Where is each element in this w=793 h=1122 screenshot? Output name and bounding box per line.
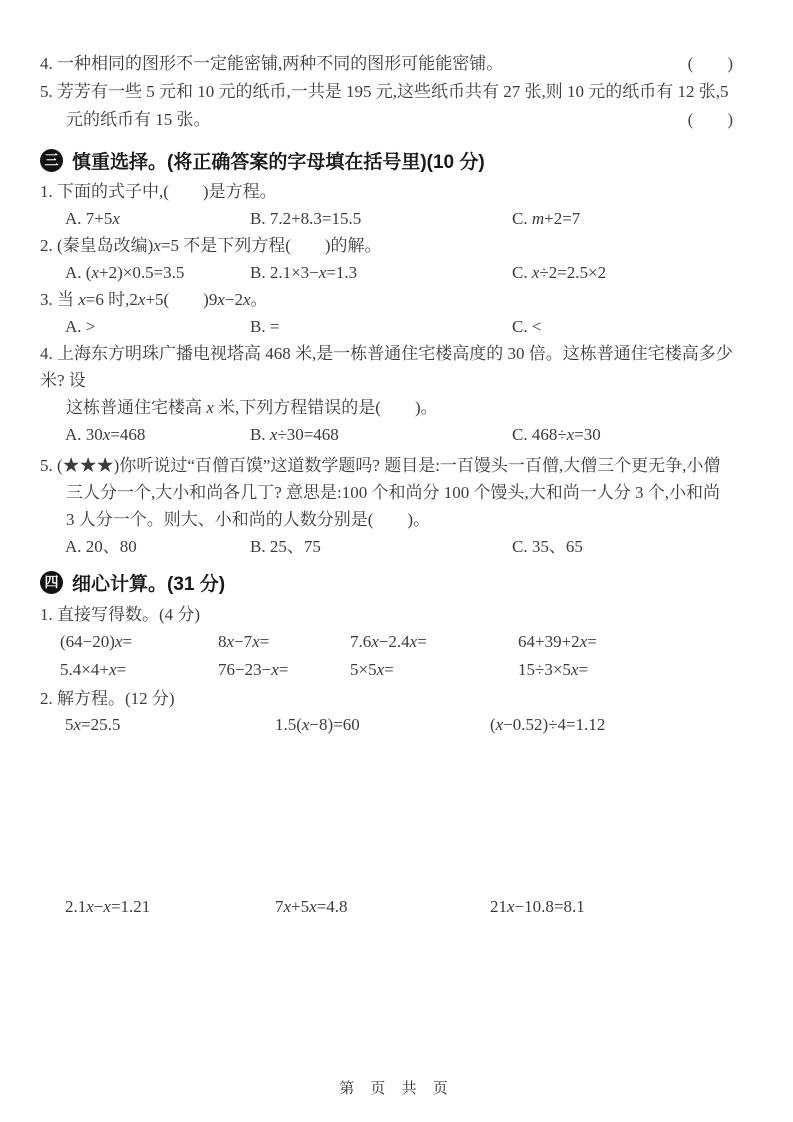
calc-expression: 15÷3×5x= <box>518 656 757 684</box>
question-4-options: A. 30x=468 B. x÷30=468 C. 468÷x=30 <box>40 421 757 448</box>
option-a: A. (x+2)×0.5=3.5 <box>65 259 250 286</box>
answer-bracket: ( ) <box>688 106 733 134</box>
question-5-options: A. 20、80 B. 25、75 C. 35、65 <box>40 533 757 560</box>
calc-expression: 5×5x= <box>350 656 518 684</box>
section-header-calc: 四 细心计算。(31 分) <box>40 568 757 596</box>
calc-expression: 8x−7x= <box>218 628 350 656</box>
equation: 1.5(x−8)=60 <box>275 712 490 738</box>
question-5-stem-line1: 5. (★★★)你听说过“百僧百馍”这道数学题吗? 题目是:一百馒头一百僧,大僧… <box>40 452 757 479</box>
question-3-stem: 3. 当 x=6 时,2x+5( )9x−2x。 <box>40 286 757 313</box>
calc-expression: 7.6x−2.4x= <box>350 628 518 656</box>
tf-item-4-text: 4. 一种相同的图形不一定能密铺,两种不同的图形可能能密铺。 <box>40 50 688 78</box>
option-a: A. 20、80 <box>65 533 250 560</box>
tf-item-5-line1: 5. 芳芳有一些 5 元和 10 元的纸币,一共是 195 元,这些纸币共有 2… <box>40 78 757 106</box>
equation-row-2: 2.1x−x=1.21 7x+5x=4.8 21x−10.8=8.1 <box>40 894 757 920</box>
question-4-stem-line1: 4. 上海东方明珠广播电视塔高 468 米,是一栋普通住宅楼高度的 30 倍。这… <box>40 340 757 394</box>
tf-item-5-line2: 元的纸币有 15 张。 <box>40 106 688 134</box>
equation-row-1: 5x=25.5 1.5(x−8)=60 (x−0.52)÷4=1.12 <box>40 712 757 738</box>
section-number-icon: 四 <box>40 571 63 594</box>
calc-row-1: (64−20)x= 8x−7x= 7.6x−2.4x= 64+39+2x= <box>40 628 757 656</box>
option-c: C. 468÷x=30 <box>512 421 757 448</box>
tf-item-5: 5. 芳芳有一些 5 元和 10 元的纸币,一共是 195 元,这些纸币共有 2… <box>40 78 757 134</box>
tf-item-4: 4. 一种相同的图形不一定能密铺,两种不同的图形可能能密铺。 ( ) <box>40 50 757 78</box>
option-b: B. 25、75 <box>250 533 512 560</box>
option-c: C. 35、65 <box>512 533 757 560</box>
worksheet-page: 4. 一种相同的图形不一定能密铺,两种不同的图形可能能密铺。 ( ) 5. 芳芳… <box>0 0 793 1122</box>
equation: 7x+5x=4.8 <box>275 894 490 920</box>
question-1-options: A. 7+5x B. 7.2+8.3=15.5 C. m+2=7 <box>40 205 757 232</box>
question-3-options: A. > B. = C. < <box>40 313 757 340</box>
worksheet-content: 4. 一种相同的图形不一定能密铺,两种不同的图形可能能密铺。 ( ) 5. 芳芳… <box>0 0 793 920</box>
option-c: C. x÷2=2.5×2 <box>512 259 757 286</box>
calc-subsection-2: 2. 解方程。(12 分) <box>40 686 757 712</box>
section-title-choice: 慎重选择。(将正确答案的字母填在括号里)(10 分) <box>72 147 485 174</box>
section-header-choice: 三 慎重选择。(将正确答案的字母填在括号里)(10 分) <box>40 146 757 174</box>
question-2-stem: 2. (秦皇岛改编)x=5 不是下列方程( )的解。 <box>40 232 757 259</box>
calc-expression: (64−20)x= <box>60 628 218 656</box>
option-b: B. x÷30=468 <box>250 421 512 448</box>
section-number-icon: 三 <box>40 149 63 172</box>
option-b: B. 7.2+8.3=15.5 <box>250 205 512 232</box>
option-b: B. = <box>250 313 512 340</box>
calc-expression: 76−23−x= <box>218 656 350 684</box>
option-c: C. < <box>512 313 757 340</box>
equation: 5x=25.5 <box>65 712 275 738</box>
option-a: A. 7+5x <box>65 205 250 232</box>
option-c: C. m+2=7 <box>512 205 757 232</box>
equation: (x−0.52)÷4=1.12 <box>490 712 757 738</box>
calc-expression: 5.4×4+x= <box>60 656 218 684</box>
question-5-stem-line3: 3 人分一个。则大、小和尚的人数分别是( )。 <box>40 506 757 533</box>
question-5-stem-line2: 三人分一个,大小和尚各几丁? 意思是:100 个和尚分 100 个馒头,大和尚一… <box>40 479 757 506</box>
option-a: A. > <box>65 313 250 340</box>
option-a: A. 30x=468 <box>65 421 250 448</box>
question-2-options: A. (x+2)×0.5=3.5 B. 2.1×3−x=1.3 C. x÷2=2… <box>40 259 757 286</box>
calc-subsection-1: 1. 直接写得数。(4 分) <box>40 602 757 628</box>
page-footer: 第 页 共 页 <box>0 1077 793 1098</box>
answer-bracket: ( ) <box>688 50 733 78</box>
option-b: B. 2.1×3−x=1.3 <box>250 259 512 286</box>
question-1-stem: 1. 下面的式子中,( )是方程。 <box>40 178 757 205</box>
equation: 21x−10.8=8.1 <box>490 894 757 920</box>
equation: 2.1x−x=1.21 <box>65 894 275 920</box>
calc-expression: 64+39+2x= <box>518 628 757 656</box>
calc-row-2: 5.4×4+x= 76−23−x= 5×5x= 15÷3×5x= <box>40 656 757 684</box>
section-title-calc: 细心计算。(31 分) <box>72 569 225 596</box>
question-4-stem-line2: 这栋普通住宅楼高 x 米,下列方程错误的是( )。 <box>40 394 757 421</box>
